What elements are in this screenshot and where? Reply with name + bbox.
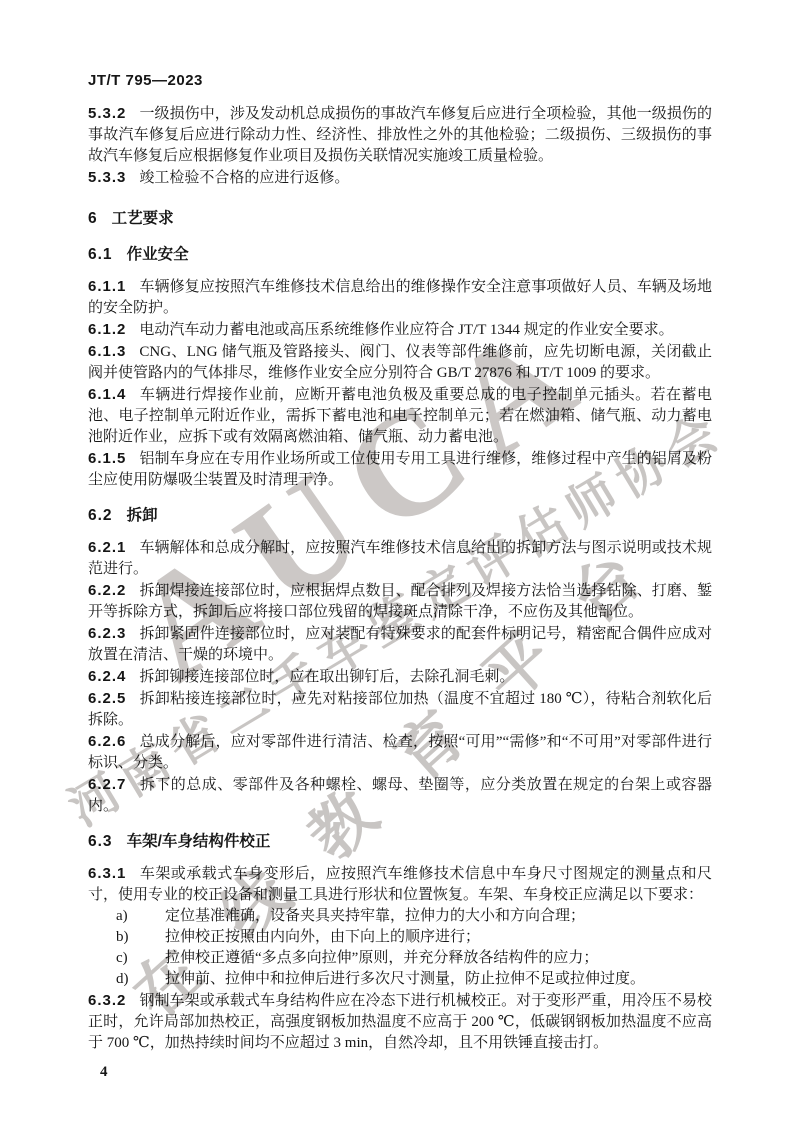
clause-number: 5.3.2 bbox=[88, 105, 126, 122]
clause-paragraph: 6.2.3拆卸紧固件连接部位时，应对装配有特殊要求的配套件标明记号，精密配合偶件… bbox=[88, 623, 712, 666]
list-item-label: c) bbox=[116, 948, 165, 969]
subsection-heading: 6.1作业安全 bbox=[88, 244, 712, 266]
clause-text: 车辆进行焊接作业前，应断开蓄电池负极及重要总成的电子控制单元插头。若在蓄电池、电… bbox=[88, 387, 712, 445]
clause-number: 6.1.1 bbox=[88, 278, 126, 295]
heading-title: 作业安全 bbox=[127, 246, 189, 263]
clause-number: 6.2.1 bbox=[88, 539, 126, 556]
document-header-standard-number: JT/T 795—2023 bbox=[88, 70, 712, 91]
clause-text: 拆卸铆接连接部位时，应在取出铆钉后，去除孔洞毛刺。 bbox=[139, 669, 514, 685]
clause-text: 车辆修复应按照汽车维修技术信息给出的维修操作安全注意事项做好人员、车辆及场地的安… bbox=[88, 279, 712, 316]
list-item-text: 定位基准准确，设备夹具夹持牢靠，拉伸力的大小和方向合理； bbox=[165, 906, 712, 927]
clause-paragraph: 6.2.7拆下的总成、零部件及各种螺栓、螺母、垫圈等，应分类放置在规定的台架上或… bbox=[88, 774, 712, 817]
subsection-heading: 6.2拆卸 bbox=[88, 505, 712, 527]
document-page: JT/T 795—2023 5.3.2一级损伤中，涉及发动机总成损伤的事故汽车修… bbox=[0, 0, 800, 1131]
clause-number: 6.1.4 bbox=[88, 386, 126, 403]
clause-paragraph: 6.2.4拆卸铆接连接部位时，应在取出铆钉后，去除孔洞毛刺。 bbox=[88, 666, 712, 688]
clause-text: 铝制车身应在专用作业场所或工位使用专用工具进行维修，维修过程中产生的铝屑及粉尘应… bbox=[88, 451, 712, 488]
clause-text: 总成分解后，应对零部件进行清洁、检查，按照“可用”“需修”和“不可用”对零部件进… bbox=[88, 734, 712, 771]
clause-text: CNG、LNG 储气瓶及管路接头、阀门、仪表等部件维修前，应先切断电源，关闭截止… bbox=[88, 344, 712, 381]
clause-paragraph: 6.1.1车辆修复应按照汽车维修技术信息给出的维修操作安全注意事项做好人员、车辆… bbox=[88, 276, 712, 319]
list-item-text: 拉伸校正按照由内向外，由下向上的顺序进行； bbox=[165, 927, 712, 948]
list-item-label: a) bbox=[116, 906, 165, 927]
clause-paragraph: 6.2.6总成分解后，应对零部件进行清洁、检查，按照“可用”“需修”和“不可用”… bbox=[88, 731, 712, 774]
heading-title: 拆卸 bbox=[127, 507, 158, 524]
clause-paragraph: 6.1.5铝制车身应在专用作业场所或工位使用专用工具进行维修，维修过程中产生的铝… bbox=[88, 448, 712, 491]
clause-text: 拆下的总成、零部件及各种螺栓、螺母、垫圈等，应分类放置在规定的台架上或容器内。 bbox=[88, 777, 712, 814]
clause-paragraph: 6.2.5拆卸粘接连接部位时，应先对粘接部位加热（温度不宜超过 180 ℃），待… bbox=[88, 688, 712, 731]
list-item-text: 拉伸前、拉伸中和拉伸后进行多次尺寸测量，防止拉伸不足或拉伸过度。 bbox=[165, 969, 712, 990]
list-item: c)拉伸校正遵循“多点多向拉伸”原则，并充分释放各结构件的应力； bbox=[88, 948, 712, 969]
heading-title: 工艺要求 bbox=[112, 210, 174, 227]
clause-text: 拆卸焊接连接部位时，应根据焊点数目、配合排列及焊接方法恰当选择钻除、打磨、錾开等… bbox=[88, 583, 712, 620]
clause-number: 6.3.2 bbox=[88, 992, 126, 1009]
clause-paragraph: 5.3.2一级损伤中，涉及发动机总成损伤的事故汽车修复后应进行全项检验，其他一级… bbox=[88, 103, 712, 167]
heading-number: 6.3 bbox=[88, 833, 113, 850]
clause-number: 5.3.3 bbox=[88, 169, 126, 186]
clause-number: 6.1.2 bbox=[88, 321, 126, 338]
clause-paragraph: 5.3.3竣工检验不合格的应进行返修。 bbox=[88, 167, 712, 189]
list-item: a)定位基准准确，设备夹具夹持牢靠，拉伸力的大小和方向合理； bbox=[88, 906, 712, 927]
clause-text: 电动汽车动力蓄电池或高压系统维修作业应符合 JT/T 1344 规定的作业安全要… bbox=[139, 322, 673, 338]
list-item: d)拉伸前、拉伸中和拉伸后进行多次尺寸测量，防止拉伸不足或拉伸过度。 bbox=[88, 969, 712, 990]
clause-number: 6.2.6 bbox=[88, 733, 126, 750]
heading-number: 6 bbox=[88, 210, 98, 227]
page-number: 4 bbox=[88, 1062, 712, 1083]
requirement-list: a)定位基准准确，设备夹具夹持牢靠，拉伸力的大小和方向合理；b)拉伸校正按照由内… bbox=[88, 906, 712, 990]
clause-number: 6.2.2 bbox=[88, 582, 126, 599]
clause-number: 6.2.3 bbox=[88, 625, 126, 642]
heading-number: 6.1 bbox=[88, 246, 113, 263]
heading-title: 车架/车身结构件校正 bbox=[127, 833, 271, 850]
clause-number: 6.2.5 bbox=[88, 690, 126, 707]
clause-paragraph: 6.2.2拆卸焊接连接部位时，应根据焊点数目、配合排列及焊接方法恰当选择钻除、打… bbox=[88, 580, 712, 623]
document-body: 5.3.2一级损伤中，涉及发动机总成损伤的事故汽车修复后应进行全项检验，其他一级… bbox=[88, 103, 712, 1054]
clause-text: 车辆解体和总成分解时，应按照汽车维修技术信息给出的拆卸方法与图示说明或技术规范进… bbox=[88, 540, 712, 577]
subsection-heading: 6.3车架/车身结构件校正 bbox=[88, 831, 712, 853]
clause-paragraph: 6.3.1车架或承载式车身变形后，应按照汽车维修技术信息中车身尺寸图规定的测量点… bbox=[88, 863, 712, 906]
clause-paragraph: 6.2.1车辆解体和总成分解时，应按照汽车维修技术信息给出的拆卸方法与图示说明或… bbox=[88, 537, 712, 580]
clause-text: 竣工检验不合格的应进行返修。 bbox=[139, 170, 349, 186]
document-content: JT/T 795—2023 5.3.2一级损伤中，涉及发动机总成损伤的事故汽车修… bbox=[0, 0, 800, 1083]
list-item: b)拉伸校正按照由内向外，由下向上的顺序进行； bbox=[88, 927, 712, 948]
clause-text: 拆卸紧固件连接部位时，应对装配有特殊要求的配套件标明记号，精密配合偶件应成对放置… bbox=[88, 626, 712, 663]
clause-text: 一级损伤中，涉及发动机总成损伤的事故汽车修复后应进行全项检验，其他一级损伤的事故… bbox=[88, 106, 712, 164]
heading-number: 6.2 bbox=[88, 507, 113, 524]
section-heading: 6工艺要求 bbox=[88, 207, 712, 230]
clause-paragraph: 6.1.2电动汽车动力蓄电池或高压系统维修作业应符合 JT/T 1344 规定的… bbox=[88, 319, 712, 341]
clause-number: 6.1.3 bbox=[88, 343, 126, 360]
clause-number: 6.2.7 bbox=[88, 776, 126, 793]
clause-paragraph: 6.1.4车辆进行焊接作业前，应断开蓄电池负极及重要总成的电子控制单元插头。若在… bbox=[88, 384, 712, 448]
clause-text: 钢制车架或承载式车身结构件应在冷态下进行机械校正。对于变形严重，用冷压不易校正时… bbox=[88, 993, 712, 1051]
clause-text: 车架或承载式车身变形后，应按照汽车维修技术信息中车身尺寸图规定的测量点和尺寸，使… bbox=[88, 866, 712, 903]
list-item-label: b) bbox=[116, 927, 165, 948]
clause-paragraph: 6.1.3CNG、LNG 储气瓶及管路接头、阀门、仪表等部件维修前，应先切断电源… bbox=[88, 341, 712, 384]
clause-paragraph: 6.3.2钢制车架或承载式车身结构件应在冷态下进行机械校正。对于变形严重，用冷压… bbox=[88, 990, 712, 1054]
list-item-text: 拉伸校正遵循“多点多向拉伸”原则，并充分释放各结构件的应力； bbox=[165, 948, 712, 969]
clause-number: 6.1.5 bbox=[88, 450, 126, 467]
list-item-label: d) bbox=[116, 969, 165, 990]
clause-number: 6.3.1 bbox=[88, 865, 126, 882]
clause-text: 拆卸粘接连接部位时，应先对粘接部位加热（温度不宜超过 180 ℃），待粘合剂软化… bbox=[88, 691, 712, 728]
clause-number: 6.2.4 bbox=[88, 668, 126, 685]
